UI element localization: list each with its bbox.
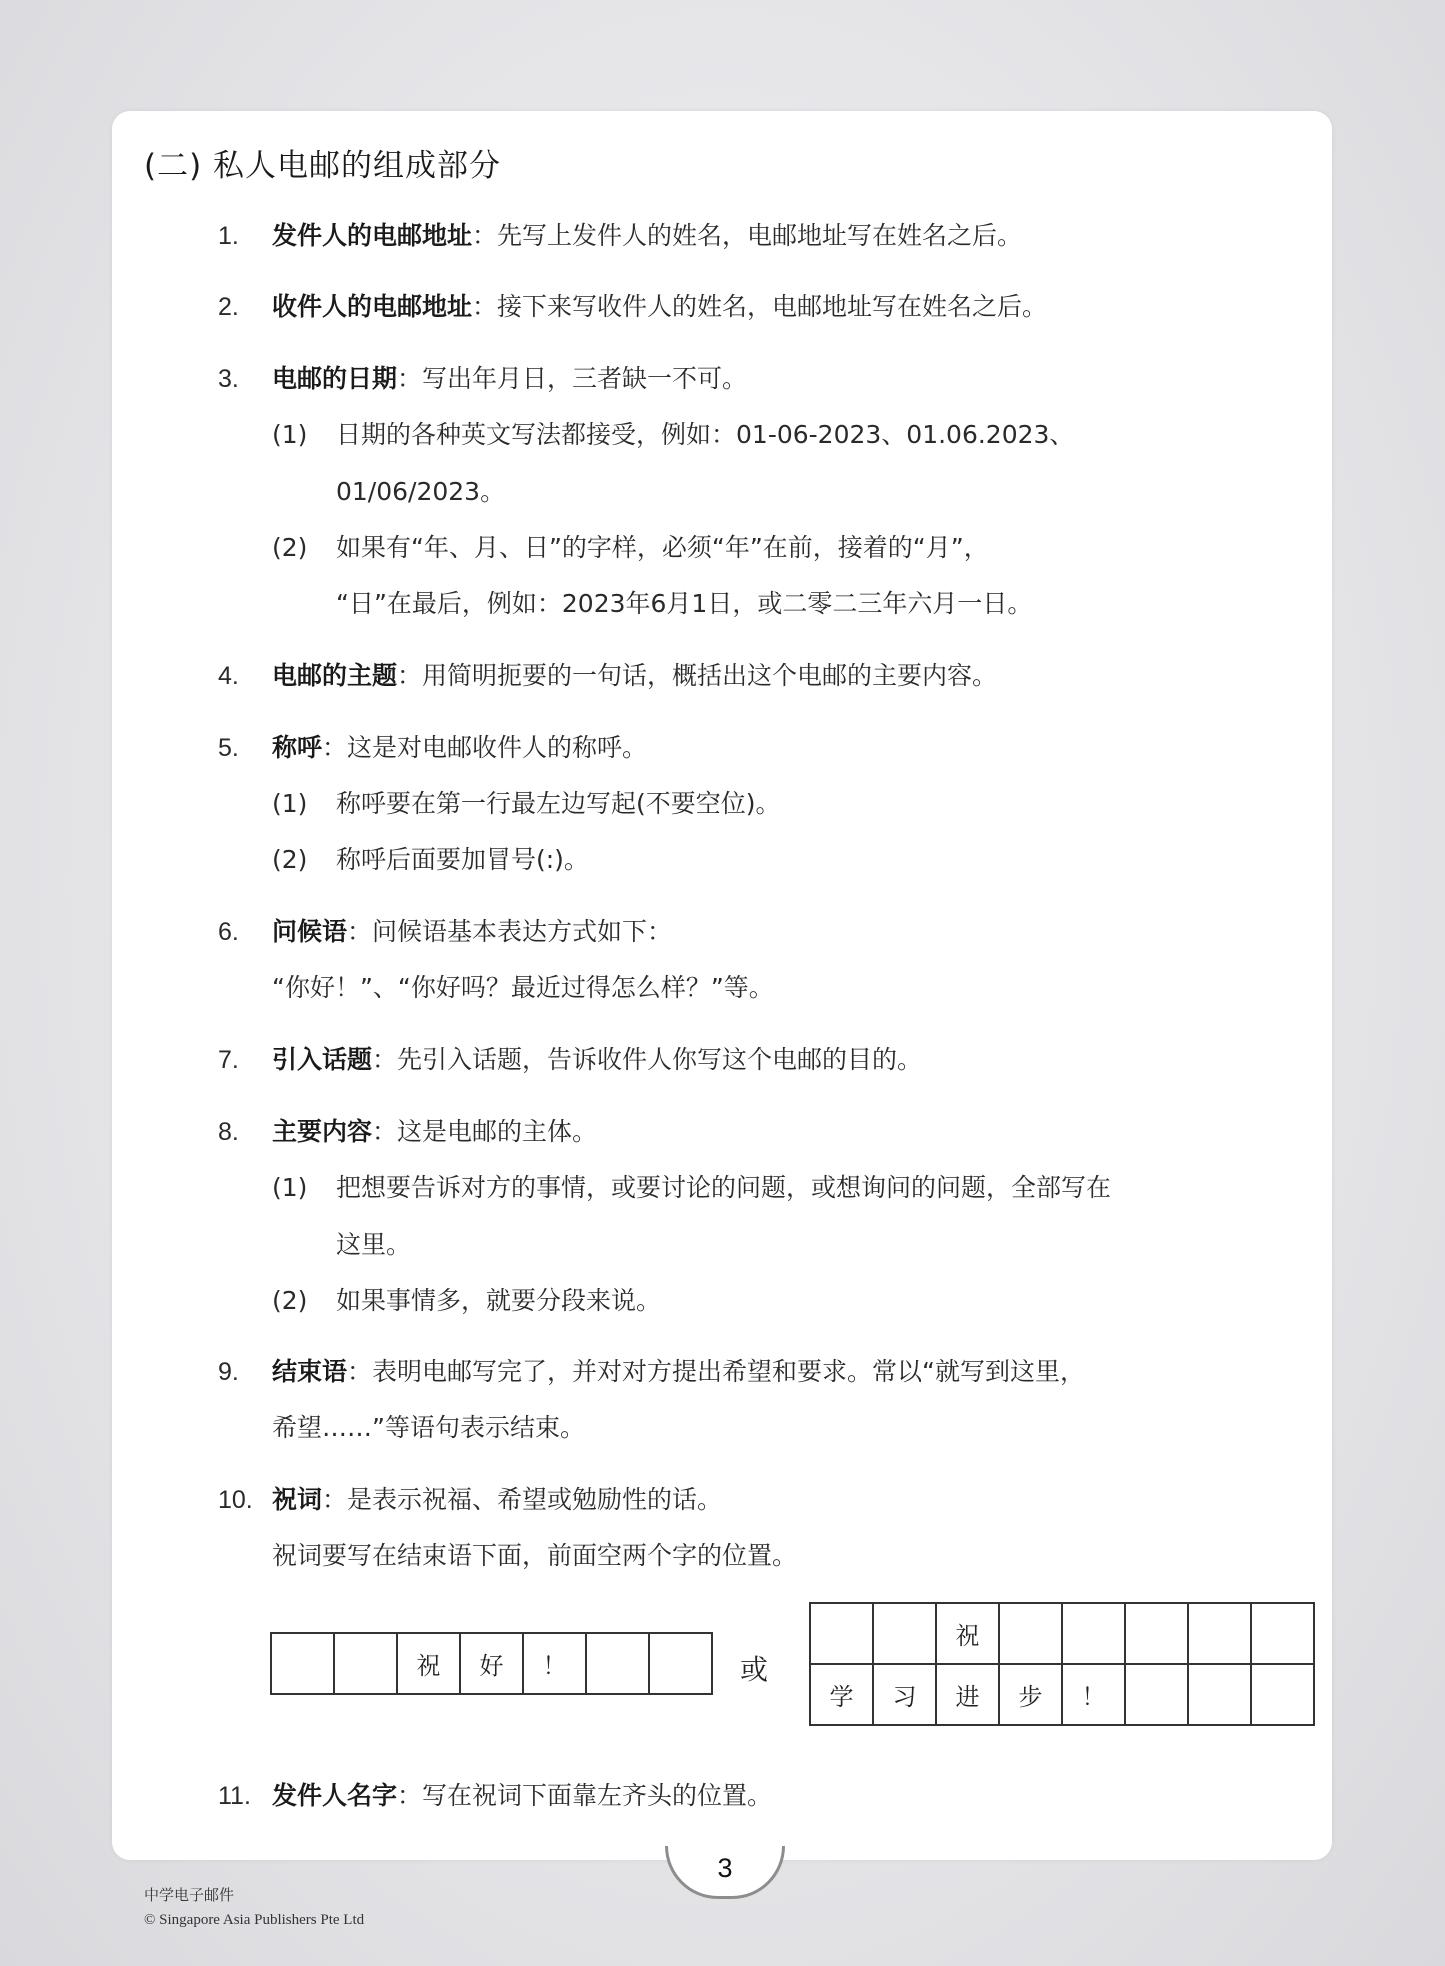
- item-term: 问候语: [272, 917, 347, 946]
- sub-item-text: 日期的各种英文写法都接受，例如：01-06-2023、01.06.2023、: [336, 420, 1074, 449]
- book-title: 中学电子邮件: [144, 1884, 234, 1905]
- item-text: ：这是电邮的主体。: [372, 1117, 597, 1146]
- item-text: ：接下来写收件人的姓名，电邮地址写在姓名之后。: [472, 292, 1047, 321]
- item-continuation: 希望……”等语句表示结束。: [272, 1411, 585, 1445]
- list-item-1: 1.发件人的电邮地址：先写上发件人的姓名，电邮地址写在姓名之后。: [218, 219, 1022, 253]
- sub-item: (2)如果有“年、月、日”的字样，必须“年”在前，接着的“月”，: [272, 531, 989, 565]
- sub-item-continuation: 这里。: [336, 1228, 411, 1262]
- list-item-3: 3.电邮的日期：写出年月日，三者缺一不可。: [218, 362, 747, 396]
- list-item-7: 7.引入话题：先引入话题，告诉收件人你写这个电邮的目的。: [218, 1043, 922, 1077]
- sub-item-continuation: “日”在最后，例如：2023年6月1日，或二零二三年六月一日。: [336, 587, 1032, 621]
- grid-row: 学 习 进 步 ！: [810, 1664, 1314, 1725]
- item-term: 祝词: [272, 1485, 322, 1514]
- sub-item-number: (1): [272, 418, 336, 452]
- grid-cell: [1251, 1664, 1314, 1725]
- item-number: 7.: [218, 1043, 272, 1077]
- grid-cell: [586, 1633, 649, 1694]
- list-item-6: 6.问候语：问候语基本表达方式如下：: [218, 915, 672, 949]
- item-term: 结束语: [272, 1357, 347, 1386]
- sub-item-text: 如果事情多，就要分段来说。: [336, 1286, 661, 1315]
- grid-cell: ！: [523, 1633, 586, 1694]
- list-item-10: 10.祝词：是表示祝福、希望或勉励性的话。: [218, 1483, 722, 1517]
- item-continuation: 祝词要写在结束语下面，前面空两个字的位置。: [272, 1539, 797, 1573]
- sub-item: (1)日期的各种英文写法都接受，例如：01-06-2023、01.06.2023…: [272, 418, 1074, 452]
- grid-cell: [1125, 1603, 1188, 1664]
- list-item-9: 9.结束语：表明电邮写完了，并对对方提出希望和要求。常以“就写到这里，: [218, 1355, 1085, 1389]
- item-number: 6.: [218, 915, 272, 949]
- list-item-4: 4.电邮的主题：用简明扼要的一句话，概括出这个电邮的主要内容。: [218, 659, 997, 693]
- item-number: 11.: [218, 1779, 272, 1813]
- grid-cell: [334, 1633, 397, 1694]
- item-term: 引入话题: [272, 1045, 372, 1074]
- sub-item-text: 称呼后面要加冒号(:)。: [336, 845, 589, 874]
- sub-item: (2)称呼后面要加冒号(:)。: [272, 843, 589, 877]
- grid-cell: [873, 1603, 936, 1664]
- item-text: ：这是对电邮收件人的称呼。: [322, 733, 647, 762]
- item-term: 电邮的主题: [272, 661, 397, 690]
- grid-cell: ！: [1062, 1664, 1125, 1725]
- grid-cell: [1251, 1603, 1314, 1664]
- grid-row: 祝 好 ！: [271, 1633, 712, 1694]
- grid-cell: 进: [936, 1664, 999, 1725]
- grid-cell: [1188, 1603, 1251, 1664]
- sub-item-text: 称呼要在第一行最左边写起(不要空位)。: [336, 789, 781, 818]
- list-item-8: 8.主要内容：这是电邮的主体。: [218, 1115, 597, 1149]
- item-text: ：问候语基本表达方式如下：: [347, 917, 672, 946]
- example-grid-2: 祝 学 习 进 步 ！: [809, 1602, 1315, 1726]
- item-term: 发件人名字: [272, 1781, 397, 1810]
- item-term: 发件人的电邮地址: [272, 221, 472, 250]
- item-number: 4.: [218, 659, 272, 693]
- sub-item: (2)如果事情多，就要分段来说。: [272, 1284, 661, 1318]
- item-text: ：先写上发件人的姓名，电邮地址写在姓名之后。: [472, 221, 1022, 250]
- item-number: 5.: [218, 731, 272, 765]
- item-text: ：表明电邮写完了，并对对方提出希望和要求。常以“就写到这里，: [347, 1357, 1085, 1386]
- item-number: 3.: [218, 362, 272, 396]
- copyright: © Singapore Asia Publishers Pte Ltd: [144, 1912, 364, 1929]
- grid-cell: 习: [873, 1664, 936, 1725]
- item-text: ：写在祝词下面靠左齐头的位置。: [397, 1781, 772, 1810]
- grid-cell: 学: [810, 1664, 873, 1725]
- sub-item-number: (2): [272, 531, 336, 565]
- item-number: 1.: [218, 219, 272, 253]
- item-term: 电邮的日期: [272, 364, 397, 393]
- item-text: ：是表示祝福、希望或勉励性的话。: [322, 1485, 722, 1514]
- sub-item: (1)把想要告诉对方的事情，或要讨论的问题，或想询问的问题，全部写在: [272, 1171, 1111, 1205]
- sub-item-text: 如果有“年、月、日”的字样，必须“年”在前，接着的“月”，: [336, 533, 989, 562]
- example-grid-1: 祝 好 ！: [270, 1632, 713, 1695]
- section-title: (二) 私人电邮的组成部分: [144, 140, 501, 185]
- item-text: ：用简明扼要的一句话，概括出这个电邮的主要内容。: [397, 661, 997, 690]
- list-item-2: 2.收件人的电邮地址：接下来写收件人的姓名，电邮地址写在姓名之后。: [218, 290, 1047, 324]
- grid-row: 祝: [810, 1603, 1314, 1664]
- sub-item-text: 把想要告诉对方的事情，或要讨论的问题，或想询问的问题，全部写在: [336, 1173, 1111, 1202]
- item-number: 2.: [218, 290, 272, 324]
- item-term: 主要内容: [272, 1117, 372, 1146]
- item-term: 称呼: [272, 733, 322, 762]
- list-item-5: 5.称呼：这是对电邮收件人的称呼。: [218, 731, 647, 765]
- item-number: 9.: [218, 1355, 272, 1389]
- item-text: ：写出年月日，三者缺一不可。: [397, 364, 747, 393]
- grid-cell: [1125, 1664, 1188, 1725]
- grid-cell: 祝: [936, 1603, 999, 1664]
- grid-cell: [649, 1633, 712, 1694]
- sub-item: (1)称呼要在第一行最左边写起(不要空位)。: [272, 787, 781, 821]
- item-number: 8.: [218, 1115, 272, 1149]
- grid-cell: [1062, 1603, 1125, 1664]
- grid-cell: [999, 1603, 1062, 1664]
- grid-cell: 祝: [397, 1633, 460, 1694]
- sub-item-number: (1): [272, 787, 336, 821]
- sub-item-number: (1): [272, 1171, 336, 1205]
- item-continuation: “你好！”、“你好吗？最近过得怎么样？”等。: [272, 971, 774, 1005]
- item-text: ：先引入话题，告诉收件人你写这个电邮的目的。: [372, 1045, 922, 1074]
- or-label: 或: [740, 1648, 768, 1688]
- list-item-11: 11.发件人名字：写在祝词下面靠左齐头的位置。: [218, 1779, 772, 1813]
- grid-cell: [810, 1603, 873, 1664]
- grid-cell: [1188, 1664, 1251, 1725]
- page-number: 3: [665, 1846, 785, 1899]
- grid-cell: [271, 1633, 334, 1694]
- item-number: 10.: [218, 1483, 272, 1517]
- grid-cell: 好: [460, 1633, 523, 1694]
- sub-item-continuation: 01/06/2023。: [336, 475, 505, 509]
- item-term: 收件人的电邮地址: [272, 292, 472, 321]
- grid-cell: 步: [999, 1664, 1062, 1725]
- sub-item-number: (2): [272, 843, 336, 877]
- sub-item-number: (2): [272, 1284, 336, 1318]
